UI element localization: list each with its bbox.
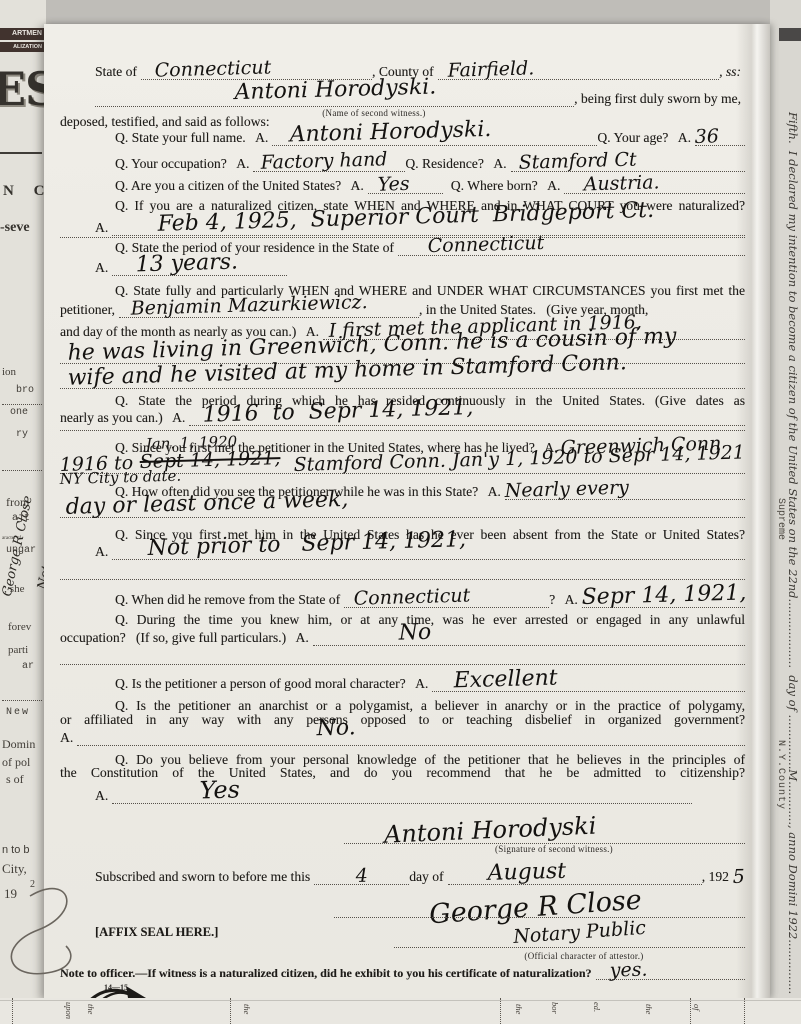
left-page-rule <box>0 152 42 154</box>
left-fragment: parti <box>8 644 28 656</box>
day-field: 4 <box>314 867 409 885</box>
moral-field: Excellent <box>432 671 745 692</box>
constitution-answer-row: A. Yes <box>95 778 745 804</box>
moral-value: Excellent <box>432 667 558 693</box>
petitioner-label: petitioner, <box>60 302 115 318</box>
bottom-column-divider <box>230 998 231 1024</box>
anarchist-value: No. <box>77 717 357 747</box>
bottom-fragment: of <box>692 1004 702 1011</box>
note-answer-field: yes. <box>596 962 746 980</box>
bottom-column-divider <box>12 998 13 1024</box>
fullname-value: Antoni Horodyski. <box>272 119 492 147</box>
fullname-question: Q. State your full name. A. <box>115 130 268 146</box>
bottom-fragment: the <box>514 1004 524 1014</box>
remove-state-value: Connecticut <box>344 586 471 609</box>
year-value: 5 <box>732 868 745 887</box>
how-often-field2: day or least once a week, <box>60 497 745 518</box>
born-question: Q. Where born? A. <box>451 178 561 194</box>
residence-period-answer-row: A. 13 years. <box>95 256 745 276</box>
anarchist-answer-row: A. No. <box>60 722 745 746</box>
resided-value: 1916 to Sepr 14, 1921, <box>189 397 474 427</box>
remove-question-tail: ? A. <box>549 592 578 608</box>
petitioner-name-row: petitioner, Benjamin Mazurkiewicz. , in … <box>60 298 745 318</box>
moral-question: Q. Is the petitioner a person of good mo… <box>115 676 428 692</box>
remove-date-field: Sepr 14, 1921, <box>582 587 745 608</box>
answer-label: A. <box>95 788 108 804</box>
resided-question-line2: nearly as you can.) A. <box>60 410 185 426</box>
month-value: August <box>447 861 566 886</box>
bottom-page-edge <box>0 1000 801 1001</box>
arrested-answer-row: occupation? (If so, give full particular… <box>60 620 745 646</box>
fullname-field: Antoni Horodyski. <box>272 125 597 146</box>
left-fragment: n to b <box>2 844 30 856</box>
subscribed-row: Subscribed and sworn to before me this 4… <box>95 865 745 885</box>
arrested-value: No <box>312 622 431 647</box>
right-margin-county-text: N.Y.County <box>775 740 786 810</box>
moral-row: Q. Is the petitioner a person of good mo… <box>115 672 745 692</box>
left-fragment: City, <box>2 861 27 877</box>
anarchist-field: No. <box>77 725 745 746</box>
right-margin-supreme-text: Supreme <box>775 498 786 540</box>
citizen-value: Yes <box>367 175 409 195</box>
note-answer-value: yes. <box>595 961 647 981</box>
witness-name-field: Antoni Horodyski. <box>95 86 574 107</box>
left-fragment-dotline <box>2 700 42 701</box>
bottom-fragment: the <box>242 1004 252 1014</box>
attestor-line <box>394 947 745 948</box>
resided-answer-row: nearly as you can.) A. 1916 to Sepr 14, … <box>60 406 745 426</box>
occupation-question: Q. Your occupation? A. <box>115 156 249 172</box>
left-fragment: ion <box>2 366 16 378</box>
remove-state-field: Connecticut <box>344 590 549 608</box>
signature-caption: (Signature of second witness.) <box>404 844 704 854</box>
answer-label: A. <box>95 260 108 276</box>
petitioner-name-field: Benjamin Mazurkiewicz. <box>119 300 419 318</box>
left-page-header-label: ARTMEN <box>0 28 44 40</box>
born-value: Austria. <box>564 173 660 195</box>
occupation-value: Factory hand <box>253 150 388 173</box>
arrested-question-line2: occupation? (If so, give full particular… <box>60 630 309 646</box>
where-lived-insert: Jan. 1, 1920 <box>145 434 237 452</box>
absent-answer-row: A. Not prior to Sepr 14, 1921, <box>95 540 745 560</box>
first-met-field3: wife and he visited at my home in Stamfo… <box>60 368 745 389</box>
bottom-fragment: the <box>86 1004 96 1014</box>
ss-label: , ss: <box>719 64 741 80</box>
left-fragment-dotline <box>2 470 42 471</box>
blank-dotline <box>60 664 745 665</box>
underlying-bottom-page: upon the the the bor ed. the of <box>0 998 801 1024</box>
bottom-fragment: upon <box>64 1002 74 1019</box>
witness-name-row: Antoni Horodyski. , being first duly swo… <box>95 87 745 107</box>
day-value: 4 <box>355 867 368 886</box>
scanned-naturalization-affidavit: { "doc": { "state_label": "State of", "s… <box>0 0 801 1024</box>
fullname-age-row: Q. State your full name. A. Antoni Horod… <box>115 126 745 146</box>
absent-field: Not prior to Sepr 14, 1921, <box>112 539 745 560</box>
scan-top-band <box>0 0 801 26</box>
residence-period-field: 13 years. <box>112 255 287 276</box>
residence-state-value: Connecticut <box>397 234 544 257</box>
left-fragment: of pol <box>2 755 30 770</box>
age-value: 36 <box>694 127 719 147</box>
occupation-field: Factory hand <box>253 154 405 172</box>
left-fragment: New <box>6 707 30 718</box>
first-met-answer-row3: wife and he visited at my home in Stamfo… <box>60 369 745 389</box>
age-question: Q. Your age? A. <box>597 130 691 146</box>
residence-field: Stamford Ct <box>511 154 745 172</box>
remove-date-value: Sepr 14, 1921, <box>581 582 746 609</box>
how-often-value2: day or least once a week, <box>59 489 348 519</box>
state-label: State of <box>95 64 137 80</box>
citizen-field: Yes <box>368 176 443 194</box>
citizen-born-row: Q. Are you a citizen of the United State… <box>115 174 745 194</box>
left-fragment: ry <box>16 429 28 440</box>
age-field: 36 <box>695 128 745 146</box>
bottom-column-divider <box>500 998 501 1024</box>
day-of-label: day of <box>409 869 443 885</box>
how-often-row2: day or least once a week, <box>60 498 745 518</box>
residence-question: Q. Residence? A. <box>405 156 506 172</box>
state-value: Connecticut <box>140 58 271 81</box>
naturalized-field: Feb 4, 1925, Superior Court Bridgeport C… <box>112 215 745 236</box>
month-field: August <box>448 864 702 885</box>
left-fragment: one <box>10 407 28 418</box>
arrested-field: No <box>313 625 745 646</box>
left-fragment: bro <box>16 385 34 396</box>
sworn-text: , being first duly sworn by me, <box>574 91 741 107</box>
affidavit-page: State of Connecticut , County of Fairfie… <box>44 24 770 998</box>
left-fragment-dotline <box>2 404 42 405</box>
left-fragment: ar <box>22 661 34 672</box>
residence-period-value: 13 years. <box>112 251 239 277</box>
blank-dotline <box>60 430 745 431</box>
left-fragment: Domin <box>2 737 35 752</box>
county-value: Fairfield. <box>437 59 534 81</box>
year-prefix: , 192 <box>702 869 729 885</box>
notary-signature-line <box>334 917 745 918</box>
remove-question: Q. When did he remove from the State of <box>115 592 340 608</box>
blank-dotline <box>60 579 745 580</box>
left-fragment: forev <box>8 621 31 633</box>
constitution-value: Yes <box>112 777 241 805</box>
remove-row: Q. When did he remove from the State of … <box>115 588 745 608</box>
bottom-fragment: the <box>644 1004 654 1014</box>
petitioner-name-value: Benjamin Mazurkiewicz. <box>118 293 367 319</box>
bottom-fragment: ed. <box>592 1002 602 1012</box>
bottom-fragment: bor <box>550 1002 560 1014</box>
witness-name-value: Antoni Horodyski. <box>94 76 436 108</box>
right-edge-dark-block <box>779 28 801 41</box>
answer-label: A. <box>95 220 108 236</box>
resided-field: 1916 to Sepr 14, 1921, <box>189 405 745 426</box>
left-page-header-label2: ALIZATION <box>0 42 44 52</box>
signature-row: Antoni Horodyski <box>344 818 745 844</box>
occupation-residence-row: Q. Your occupation? A. Factory hand Q. R… <box>115 152 745 172</box>
answer-label: A. <box>60 730 73 746</box>
right-margin-declaration-text: Fifth. I declared my intention to become… <box>786 112 800 994</box>
constitution-field: Yes <box>112 781 692 804</box>
left-page-fragment-seve: -seve <box>0 220 30 236</box>
residence-value: Stamford Ct <box>510 150 636 173</box>
county-field: Fairfield. <box>438 62 719 80</box>
residence-state-field: Connecticut <box>398 238 745 256</box>
bottom-column-divider <box>690 998 691 1024</box>
left-fragment: s of <box>6 772 24 787</box>
born-field: Austria. <box>564 176 745 194</box>
naturalized-answer-row: A. Feb 4, 1925, Superior Court Bridgepor… <box>95 212 745 236</box>
citizen-question: Q. Are you a citizen of the United State… <box>115 178 364 194</box>
margin-notary-name: George R Close <box>0 495 36 598</box>
signature-field: Antoni Horodyski <box>344 819 745 844</box>
answer-label: A. <box>95 544 108 560</box>
bottom-column-divider <box>744 998 745 1024</box>
